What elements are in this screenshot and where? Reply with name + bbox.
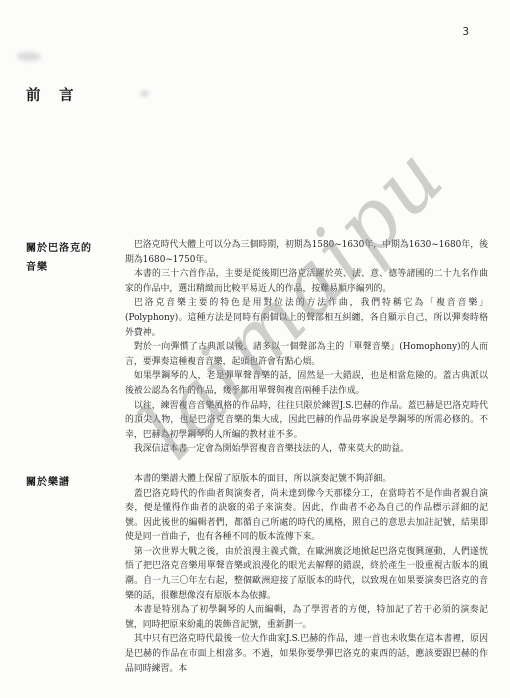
section-body: 本書的樂譜大體上保留了原版本的面目，所以演奏記號不夠詳細。蓋巴洛克時代的作曲者與… [125,472,488,676]
section-label: 關於樂譜 [26,472,125,492]
paragraph: 本書的樂譜大體上保留了原版本的面目，所以演奏記號不夠詳細。 [125,472,488,487]
scan-smudge [140,90,149,97]
paragraph: 第一次世界大戰之後，由於浪漫主義式微，在歐洲廣泛地掀起巴洛克復興運動，人們遂恍悟… [125,545,488,603]
scanned-book-page: 3 前 言 關於巴洛克的音樂巴洛克時代大體上可以分為三個時期，初期為1580~1… [0,0,510,698]
paragraph: 本書的三十六首作品，主要是從後期巴洛克活躍於英、法、意、德等諸國的二十九名作曲家… [125,267,488,296]
paragraph: 我深信這本書一定會為開始學習複音音樂技法的人，帶來莫大的助益。 [125,442,488,457]
sections: 關於巴洛克的音樂巴洛克時代大體上可以分為三個時期，初期為1580~1630年，中… [26,238,488,676]
paragraph: 其中只有巴洛克時代最後一位大作曲家J.S.巴赫的作品，連一首也未收集在這本書裡，… [125,632,488,676]
scan-smudge [17,52,41,61]
paragraph: 巴洛克音樂主要的特色是用對位法的方法作曲，我們特稱它為「複音音樂」(Polyph… [125,296,488,340]
page-number: 3 [462,26,469,38]
paragraph: 本書是特別為了初學鋼琴的人而編輯，為了學習者的方便，特加記了若干必須的演奏記號，… [125,603,488,632]
section: 關於樂譜本書的樂譜大體上保留了原版本的面目，所以演奏記號不夠詳細。蓋巴洛克時代的… [26,472,488,676]
section-body: 巴洛克時代大體上可以分為三個時期，初期為1580~1630年，中期為1630~1… [125,238,488,457]
section: 關於巴洛克的音樂巴洛克時代大體上可以分為三個時期，初期為1580~1630年，中… [26,238,488,457]
paragraph: 蓋巴洛克時代的作曲者與演奏者，尚未達到像今天那樣分工，在當時若不是作曲者親自演奏… [125,487,488,545]
section-label: 關於巴洛克的音樂 [26,238,125,277]
paragraph: 以往，練習複音音樂風格的作品時，往往只限於練習J.S.巴赫的作品。蓋巴赫是巴洛克… [125,399,488,443]
paragraph: 對於一向彈慣了古典派以後，諸多以一個聲部為主的「單聲音樂」(Homophony)… [125,340,488,369]
page-title: 前 言 [26,84,76,105]
paragraph: 巴洛克時代大體上可以分為三個時期，初期為1580~1630年，中期為1630~1… [125,238,488,267]
paragraph: 如果學鋼琴的人，老是彈單聲音樂的話，固然是一大錯誤，也是相當危險的。蓋古典派以後… [125,369,488,398]
